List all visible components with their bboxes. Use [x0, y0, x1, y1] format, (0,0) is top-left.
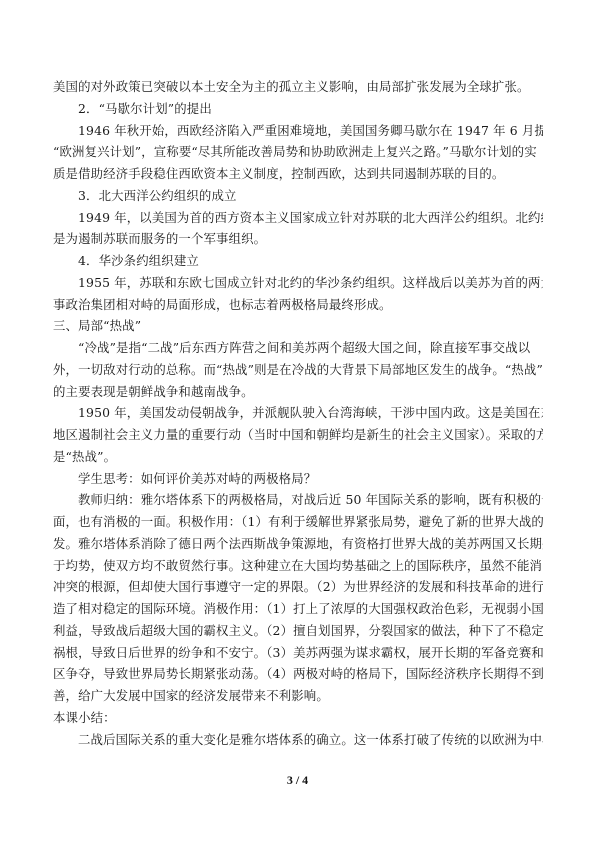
text-line: 地区遏制社会主义力量的重要行动（当时中国和朝鲜均是新生的社会主义国家）。采取的方…	[53, 424, 543, 446]
text-line: 是为遏制苏联而服务的一个军事组织。	[53, 228, 543, 250]
text-line: 是“热战”。	[53, 446, 543, 468]
text-line: 造了相对稳定的国际环境。消极作用：（1）打上了浓厚的大国强权政治色彩，无视弱小国…	[53, 598, 543, 620]
text-line: 质是借助经济手段稳住西欧资本主义制度，控制西欧，达到共同遏制苏联的目的。	[53, 163, 543, 185]
text-line: 利益，导致战后超级大国的霸权主义。（2）擅自划国界，分裂国家的做法，种下了不稳定…	[53, 620, 543, 642]
section-heading-hot-war: 三、局部“热战”	[53, 315, 543, 337]
text-line: 1950 年，美国发动侵朝战争，并派舰队驶入台湾海峡，干涉中国内政。这是美国在东…	[53, 402, 543, 424]
subheading-marshall-plan: 2．“马歇尔计划”的提出	[53, 98, 543, 120]
text-line: 1946 年秋开始，西欧经济陷入严重困难境地，美国国务卿马歇尔在 1947 年 …	[53, 120, 543, 142]
text-line: 发。雅尔塔体系消除了德日两个法西斯战争策源地，有资格打世界大战的美苏两国又长期处	[53, 533, 543, 555]
lesson-summary-heading: 本课小结：	[53, 707, 543, 729]
text-line: 善，给广大发展中国家的经济发展带来不利影响。	[53, 685, 543, 707]
text-line: 1949 年，以美国为首的西方资本主义国家成立针对苏联的北大西洋公约组织。北约组…	[53, 207, 543, 229]
text-line: 祸根，导致日后世界的纷争和不安宁。（3）美苏两强为谋求霸权，展开长期的军备竞赛和…	[53, 642, 543, 664]
text-line: 冲突的根源，但却使大国行事遵守一定的界限。（2）为世界经济的发展和科技革命的进行…	[53, 576, 543, 598]
text-line: 二战后国际关系的重大变化是雅尔塔体系的确立。这一体系打破了传统的以欧洲为中心	[53, 729, 543, 751]
text-line: 1955 年，苏联和东欧七国成立针对北约的华沙条约组织。这样战后以美苏为首的两大…	[53, 272, 543, 294]
text-line: 事政治集团相对峙的局面形成，也标志着两极格局最终形成。	[53, 294, 543, 316]
text-line: 区争夺，导致世界局势长期紧张动荡。（4）两极对峙的格局下，国际经济秩序长期得不到…	[53, 663, 543, 685]
text-line: 外，一切敌对行动的总称。而“热战”则是在冷战的大背景下局部地区发生的战争。“热战…	[53, 359, 543, 381]
page-number: 3 / 4	[0, 773, 595, 788]
text-line: 美国的对外政策已突破以本土安全为主的孤立主义影响，由局部扩张发展为全球扩张。	[53, 76, 543, 98]
document-body: 美国的对外政策已突破以本土安全为主的孤立主义影响，由局部扩张发展为全球扩张。 2…	[53, 76, 543, 750]
text-line: 的主要表现是朝鲜战争和越南战争。	[53, 381, 543, 403]
text-line: 于均势，使双方均不敢贸然行事。这种建立在大国均势基础之上的国际秩序，虽然不能消除	[53, 555, 543, 577]
subheading-nato: 3．北大西洋公约组织的成立	[53, 185, 543, 207]
student-question: 学生思考：如何评价美苏对峙的两极格局？	[53, 468, 543, 490]
text-line: “欧洲复兴计划”，宣称要“尽其所能改善局势和协助欧洲走上复兴之路。”马歇尔计划的…	[53, 141, 543, 163]
text-line: 教师归纳：雅尔塔体系下的两极格局，对战后近 50 年国际关系的影响，既有积极的一	[53, 489, 543, 511]
subheading-warsaw-pact: 4．华沙条约组织建立	[53, 250, 543, 272]
text-line: “冷战”是指“二战”后东西方阵营之间和美苏两个超级大国之间，除直接军事交战以	[53, 337, 543, 359]
text-line: 面，也有消极的一面。积极作用：（1）有利于缓解世界紧张局势，避免了新的世界大战的…	[53, 511, 543, 533]
